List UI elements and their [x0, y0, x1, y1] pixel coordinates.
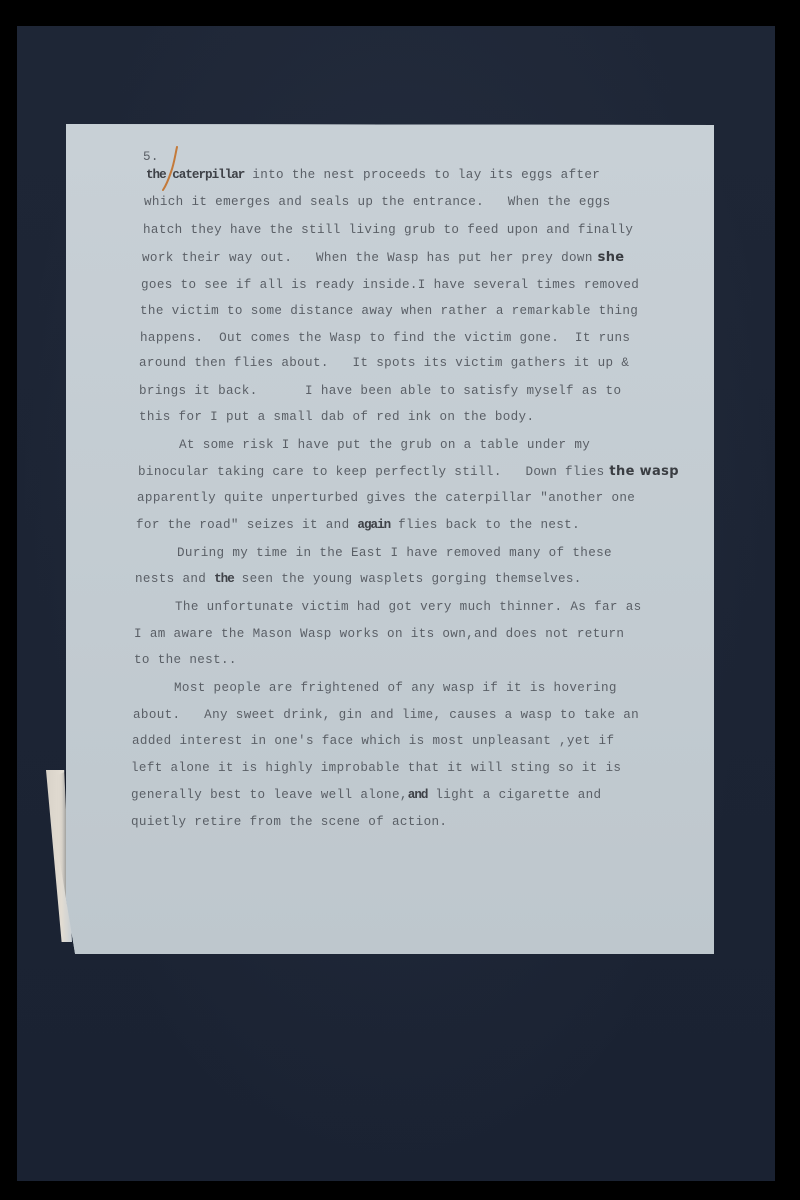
line-text: this for I put a small dab of red ink on…: [139, 410, 534, 424]
line-text: At some risk I have put the grub on a ta…: [179, 438, 590, 452]
line-text: happens. Out comes the Wasp to find the …: [140, 331, 630, 345]
text-line: about. Any sweet drink, gin and lime, ca…: [133, 709, 639, 722]
line-text: I am aware the Mason Wasp works on its o…: [134, 627, 624, 641]
line-text: work their way out. When the Wasp has pu…: [142, 251, 593, 265]
line-text: apparently quite unperturbed gives the c…: [137, 491, 635, 505]
text-line: brings it back. I have been able to sati…: [139, 385, 621, 398]
struck-out-word: again: [357, 518, 390, 532]
text-line: generally best to leave well alone,and l…: [131, 789, 601, 802]
line-text: Most people are frightened of any wasp i…: [174, 681, 617, 695]
line-text: seen the young wasplets gorging themselv…: [234, 572, 582, 586]
struck-out-word: the: [214, 572, 234, 586]
line-text: The unfortunate victim had got very much…: [175, 600, 642, 614]
line-text: into the nest proceeds to lay its eggs a…: [244, 168, 600, 182]
text-line: around then flies about. It spots its vi…: [139, 357, 629, 370]
line-text: brings it back. I have been able to sati…: [139, 384, 621, 398]
struck-out-word: and: [408, 788, 428, 802]
line-text: goes to see if all is ready inside.I hav…: [141, 278, 639, 292]
line-text: nests and: [135, 572, 214, 586]
text-line: work their way out. When the Wasp has pu…: [142, 251, 624, 265]
text-line: which it emerges and seals up the entran…: [144, 196, 611, 209]
line-text: about. Any sweet drink, gin and lime, ca…: [133, 708, 639, 722]
text-line: apparently quite unperturbed gives the c…: [137, 492, 635, 505]
line-text: During my time in the East I have remove…: [177, 546, 612, 560]
line-text: to the nest..: [134, 653, 237, 667]
typewritten-page: [66, 124, 714, 954]
page-number: 5.: [143, 151, 159, 164]
text-line: left alone it is highly improbable that …: [131, 762, 621, 775]
text-line: hatch they have the still living grub to…: [143, 224, 633, 237]
line-text: for the road" seizes it and: [136, 518, 357, 532]
line-text: light a cigarette and: [427, 788, 601, 802]
text-line: nests and the seen the young wasplets go…: [135, 573, 582, 586]
text-line: quietly retire from the scene of action.: [131, 816, 447, 829]
line-text: hatch they have the still living grub to…: [143, 223, 633, 237]
text-line: Most people are frightened of any wasp i…: [174, 682, 617, 695]
line-text: the victim to some distance away when ra…: [140, 304, 638, 318]
text-line: added interest in one's face which is mo…: [132, 735, 614, 748]
line-text: generally best to leave well alone,: [131, 788, 408, 802]
handwritten-insertion: the wasp: [605, 464, 679, 479]
text-line: to the nest..: [134, 654, 237, 667]
text-line: At some risk I have put the grub on a ta…: [179, 439, 590, 452]
text-line: The unfortunate victim had got very much…: [175, 601, 642, 614]
line-text: quietly retire from the scene of action.: [131, 815, 447, 829]
text-line: binocular taking care to keep perfectly …: [138, 465, 679, 479]
text-line: the victim to some distance away when ra…: [140, 305, 638, 318]
line-text: binocular taking care to keep perfectly …: [138, 465, 605, 479]
text-line: the caterpillar into the nest proceeds t…: [146, 169, 600, 182]
line-text: around then flies about. It spots its vi…: [139, 356, 629, 370]
line-text: flies back to the nest.: [390, 518, 580, 532]
handwritten-insertion: she: [593, 250, 625, 265]
text-line: I am aware the Mason Wasp works on its o…: [134, 628, 624, 641]
line-text: which it emerges and seals up the entran…: [144, 195, 611, 209]
struck-out-word: the caterpillar: [146, 168, 244, 182]
line-text: added interest in one's face which is mo…: [132, 734, 614, 748]
text-line: During my time in the East I have remove…: [177, 547, 612, 560]
text-line: happens. Out comes the Wasp to find the …: [140, 332, 630, 345]
text-line: for the road" seizes it and again flies …: [136, 519, 580, 532]
text-line: goes to see if all is ready inside.I hav…: [141, 279, 639, 292]
line-text: left alone it is highly improbable that …: [131, 761, 621, 775]
text-line: this for I put a small dab of red ink on…: [139, 411, 534, 424]
